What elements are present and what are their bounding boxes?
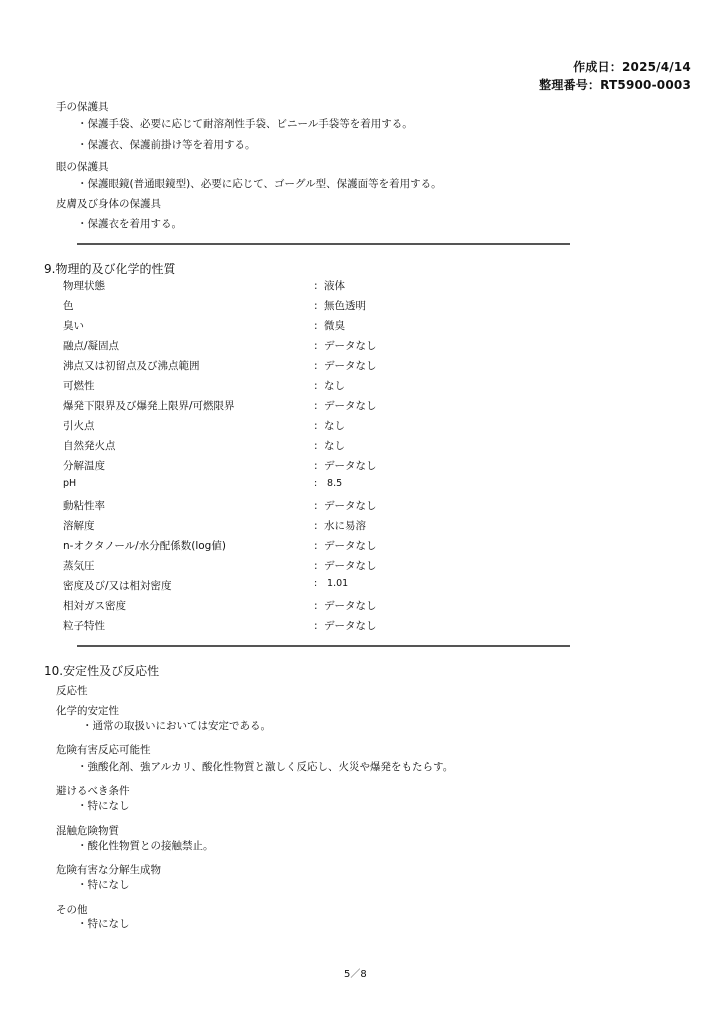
property-value: :微臭	[314, 318, 345, 333]
property-value: :無色透明	[314, 298, 366, 313]
property-label: 動粘性率	[63, 498, 105, 513]
property-label: 色	[63, 298, 74, 313]
property-value: :データなし	[314, 398, 377, 413]
chemical-stability-item: ・通常の取扱いにおいては安定である。	[82, 719, 271, 733]
page-number: 5／8	[344, 965, 367, 980]
eye-protection-heading: 眼の保護具	[56, 159, 109, 174]
creation-date: 作成日：2025/4/14	[573, 58, 691, 75]
hand-protection-item: ・保護衣、保護前掛け等を着用する。	[77, 138, 256, 152]
property-label: 爆発下限界及び爆発上限界/可燃限界	[63, 398, 235, 413]
property-label: 融点/凝固点	[63, 338, 119, 353]
property-value: :データなし	[314, 618, 377, 633]
property-label: pH	[63, 478, 76, 489]
skin-protection-item: ・保護衣を着用する。	[77, 217, 182, 231]
property-value: :なし	[314, 418, 345, 433]
property-label: 溶解度	[63, 518, 95, 533]
control-number: 整理番号：RT5900-0003	[539, 76, 691, 93]
property-value: :データなし	[314, 558, 377, 573]
other-heading: その他	[56, 902, 88, 917]
property-value: :水に易溶	[314, 518, 366, 533]
property-value: : 8.5	[314, 478, 342, 489]
incompatible-materials-item: ・酸化性物質との接触禁止。	[77, 839, 214, 853]
property-label: 相対ガス密度	[63, 598, 126, 613]
section-10-title: 10.安定性及び反応性	[44, 662, 159, 679]
incompatible-materials-heading: 混触危険物質	[56, 823, 119, 838]
decomposition-products-item: ・特になし	[77, 878, 130, 892]
skin-protection-heading: 皮膚及び身体の保護具	[56, 196, 161, 211]
property-label: 自然発火点	[63, 438, 116, 453]
section-9-title: 9.物理的及び化学的性質	[44, 260, 175, 277]
property-value: :液体	[314, 278, 345, 293]
hand-protection-heading: 手の保護具	[56, 99, 109, 114]
section-divider	[77, 243, 570, 245]
property-label: 物理状態	[63, 278, 105, 293]
property-value: :データなし	[314, 498, 377, 513]
hazardous-reactions-heading: 危険有害反応可能性	[56, 742, 151, 757]
chemical-stability-heading: 化学的安定性	[56, 703, 119, 718]
property-value: :なし	[314, 438, 345, 453]
property-label: n-オクタノール/水分配係数(log値)	[63, 538, 226, 553]
property-value: :データなし	[314, 338, 377, 353]
section-divider	[77, 645, 570, 647]
property-label: 密度及び/又は相対密度	[63, 578, 172, 593]
property-label: 可燃性	[63, 378, 95, 393]
decomposition-products-heading: 危険有害な分解生成物	[56, 862, 161, 877]
property-value: :なし	[314, 378, 345, 393]
property-label: 臭い	[63, 318, 84, 333]
eye-protection-item: ・保護眼鏡(普通眼鏡型)、必要に応じて、ゴーグル型、保護面等を着用する。	[77, 177, 442, 191]
property-label: 分解温度	[63, 458, 105, 473]
property-label: 粒子特性	[63, 618, 105, 633]
property-value: :データなし	[314, 598, 377, 613]
conditions-to-avoid-heading: 避けるべき条件	[56, 783, 130, 798]
property-value: :データなし	[314, 358, 377, 373]
property-value: : 1.01	[314, 578, 348, 589]
conditions-to-avoid-item: ・特になし	[77, 799, 130, 813]
property-value: :データなし	[314, 538, 377, 553]
hazardous-reactions-item: ・強酸化剤、強アルカリ、酸化性物質と激しく反応し、火災や爆発をもたらす。	[77, 760, 453, 774]
property-label: 沸点又は初留点及び沸点範囲	[63, 358, 200, 373]
other-item: ・特になし	[77, 917, 130, 931]
property-value: :データなし	[314, 458, 377, 473]
hand-protection-item: ・保護手袋、必要に応じて耐溶剤性手袋、ビニール手袋等を着用する。	[77, 117, 413, 131]
property-label: 蒸気圧	[63, 558, 95, 573]
property-label: 引火点	[63, 418, 95, 433]
reactivity-heading: 反応性	[56, 683, 88, 698]
